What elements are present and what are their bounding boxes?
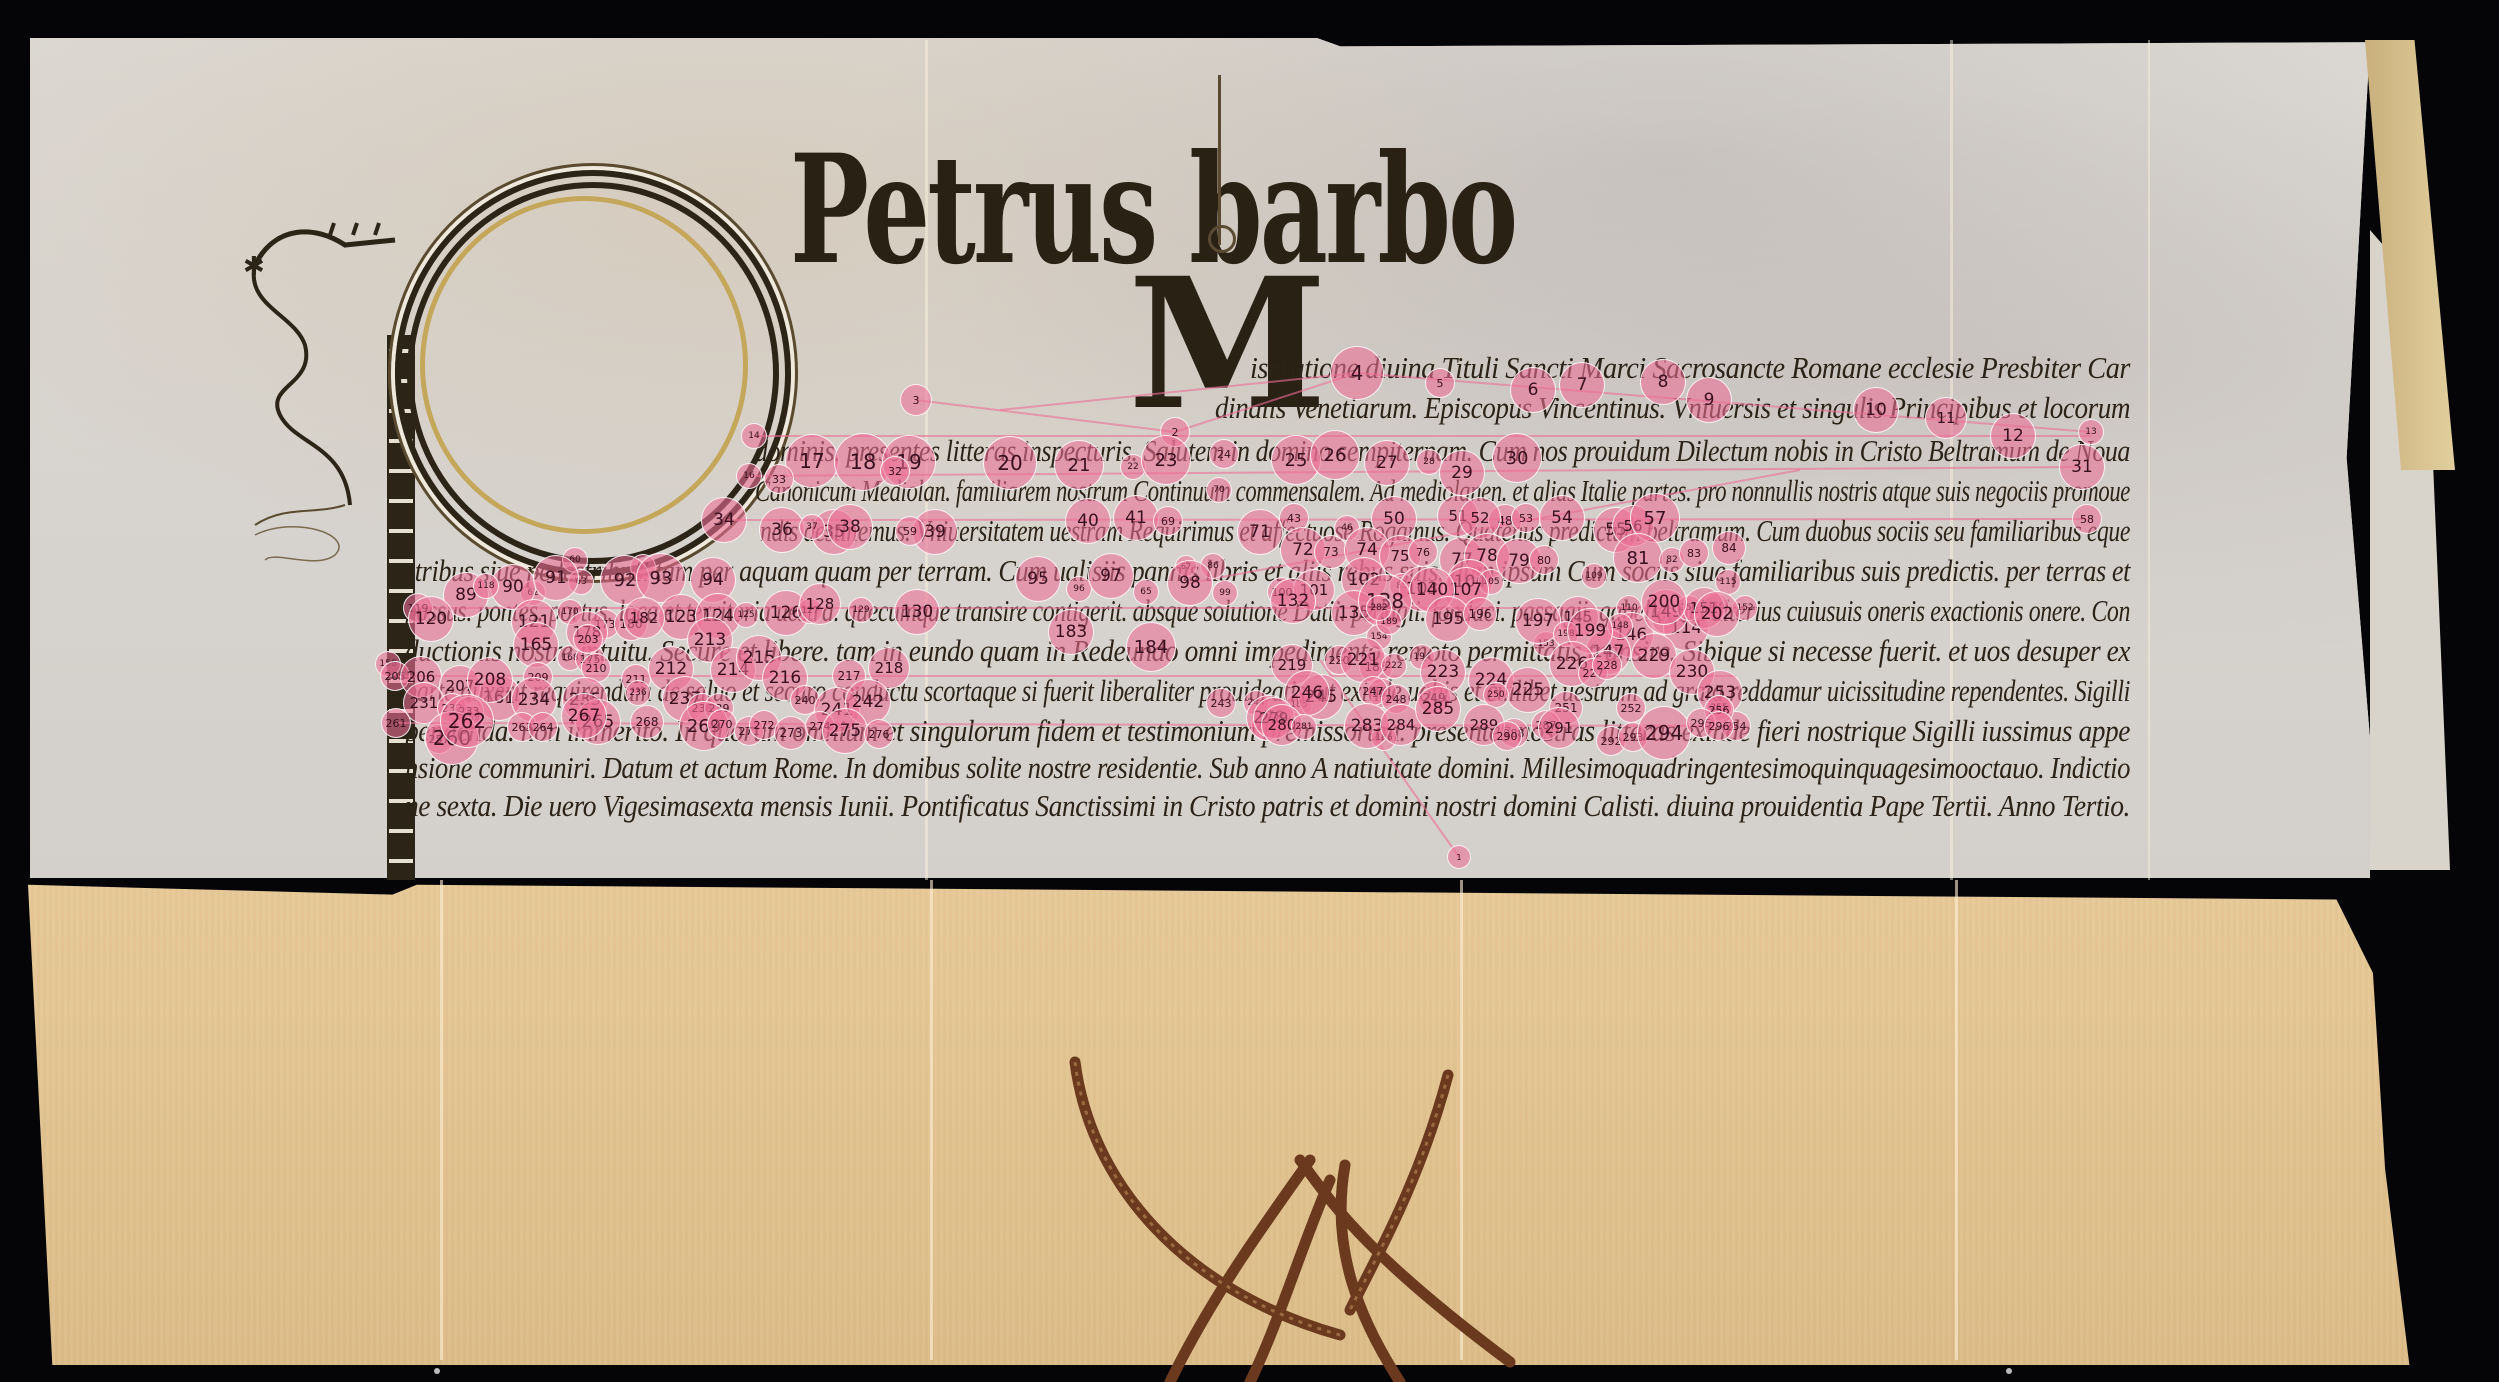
fixation-marker[interactable]: 281	[1291, 714, 1317, 740]
fixation-marker[interactable]: 285	[1415, 686, 1461, 732]
fixation-marker[interactable]: 294	[1637, 706, 1691, 760]
fixation-marker[interactable]: 200	[1641, 579, 1687, 625]
fixation-marker[interactable]: 40	[1065, 498, 1111, 544]
fixation-marker[interactable]: 53	[1511, 503, 1541, 533]
fixation-marker[interactable]: 41	[1113, 495, 1159, 541]
fixation-marker[interactable]: 267	[561, 693, 607, 739]
fixation-marker[interactable]: 81	[1613, 533, 1663, 583]
fixation-marker[interactable]: 129	[848, 597, 874, 623]
fixation-marker[interactable]: 59	[895, 516, 925, 546]
fixation-marker[interactable]: 243	[1206, 688, 1236, 718]
fixation-marker[interactable]: 221	[1340, 637, 1386, 683]
fixation-marker[interactable]: 6	[1510, 367, 1556, 413]
fixation-marker[interactable]: 70	[1206, 477, 1232, 503]
fixation-marker[interactable]: 27	[1364, 440, 1410, 486]
fixation-marker[interactable]: 130	[894, 589, 940, 635]
fixation-marker[interactable]: 65	[1133, 579, 1159, 605]
fixation-marker[interactable]: 38	[827, 504, 873, 550]
fixation-marker[interactable]: 276	[864, 719, 894, 749]
fixation-marker[interactable]: 125	[733, 602, 759, 628]
fixation-marker[interactable]: 120	[408, 596, 454, 642]
fixation-marker[interactable]: 3	[900, 384, 932, 416]
fixation-marker[interactable]: 7	[1559, 362, 1605, 408]
fixation-marker[interactable]: 29	[1439, 450, 1485, 496]
fixation-marker[interactable]: 34	[701, 497, 747, 543]
fixation-marker[interactable]: 118	[473, 573, 499, 599]
fixation-marker[interactable]: 30	[1492, 433, 1542, 483]
fixation-marker[interactable]: 11	[1925, 397, 1967, 439]
fixation-marker[interactable]: 73	[1314, 535, 1348, 569]
fixation-marker[interactable]: 83	[1679, 538, 1709, 568]
fixation-marker[interactable]: 184	[1126, 622, 1176, 672]
fixation-marker[interactable]: 5	[1425, 368, 1455, 398]
fixation-marker[interactable]: 91	[533, 555, 579, 601]
fixation-marker[interactable]: 109	[1581, 563, 1607, 589]
fixation-marker[interactable]: 12	[1990, 413, 2036, 459]
fixation-marker[interactable]: 26	[1310, 430, 1360, 480]
fixation-marker[interactable]: 236	[625, 680, 651, 706]
fixation-marker[interactable]: 182	[623, 597, 665, 639]
fixation-marker[interactable]: 20	[983, 436, 1037, 490]
fixation-marker[interactable]: 264	[528, 712, 558, 742]
fixation-marker[interactable]: 58	[2072, 504, 2102, 534]
fixation-marker[interactable]: 31	[2059, 444, 2105, 490]
mount-pin	[434, 1368, 440, 1374]
fixation-marker[interactable]: 296	[1704, 711, 1734, 741]
fixation-marker[interactable]: 228	[1592, 650, 1622, 680]
fixation-marker[interactable]: 225	[1505, 667, 1551, 713]
fixation-marker[interactable]: 183	[1048, 609, 1094, 655]
fixation-marker[interactable]: 80	[1529, 545, 1559, 575]
fixation-marker[interactable]: 32	[880, 456, 910, 486]
fixation-marker[interactable]: 9	[1686, 377, 1732, 423]
fixation-marker[interactable]: 262	[440, 694, 494, 748]
fixation-marker[interactable]: 222	[1381, 653, 1407, 679]
fixation-marker[interactable]: 275	[822, 708, 868, 754]
fixation-marker[interactable]: 132	[1270, 578, 1316, 624]
fixation-marker[interactable]: 23	[1141, 435, 1191, 485]
fixation-marker[interactable]: 36	[759, 507, 805, 553]
fixation-marker[interactable]: 13	[2078, 419, 2104, 445]
fixation-marker[interactable]: 69	[1153, 506, 1183, 536]
fixation-marker[interactable]: 203	[573, 624, 603, 654]
fixation-marker[interactable]: 33	[764, 464, 794, 494]
fixation-marker[interactable]: 1	[1447, 845, 1471, 869]
fixation-marker[interactable]: 37	[799, 514, 825, 540]
fixation-marker[interactable]: 98	[1167, 560, 1213, 606]
fixation-marker[interactable]: 8	[1640, 359, 1686, 405]
fixation-marker[interactable]: 76	[1408, 537, 1438, 567]
fixation-marker[interactable]: 268	[630, 705, 664, 739]
fixation-marker[interactable]: 84	[1712, 531, 1746, 565]
fixation-marker[interactable]: 14	[741, 423, 767, 449]
fixation-marker[interactable]: 4	[1330, 346, 1384, 400]
fixation-marker[interactable]: 16	[736, 463, 762, 489]
fixation-marker[interactable]: 97	[1088, 553, 1134, 599]
fixation-marker[interactable]: 282	[1366, 595, 1392, 621]
fixation-marker[interactable]: 24	[1209, 439, 1239, 469]
fixation-marker[interactable]: 273	[774, 716, 808, 750]
fixation-marker[interactable]: 202	[1694, 591, 1740, 637]
fixation-marker[interactable]: 270	[707, 709, 737, 739]
fixation-marker[interactable]: 128	[799, 583, 841, 625]
fixation-marker[interactable]: 291	[1538, 707, 1580, 749]
fixation-marker[interactable]: 71	[1237, 509, 1283, 555]
fixation-marker[interactable]: 95	[1015, 556, 1061, 602]
fixation-marker[interactable]: 54	[1539, 495, 1585, 541]
fixation-marker[interactable]: 196	[1463, 597, 1497, 631]
fixation-marker[interactable]: 21	[1054, 440, 1104, 490]
fixation-marker[interactable]: 99	[1212, 580, 1238, 606]
fixation-marker[interactable]: 261	[381, 708, 411, 738]
fixation-marker[interactable]: 290	[1492, 721, 1522, 751]
mount-pin	[2006, 1368, 2012, 1374]
fixation-marker[interactable]: 52	[1459, 497, 1501, 539]
fixation-marker[interactable]: 10	[1853, 387, 1899, 433]
